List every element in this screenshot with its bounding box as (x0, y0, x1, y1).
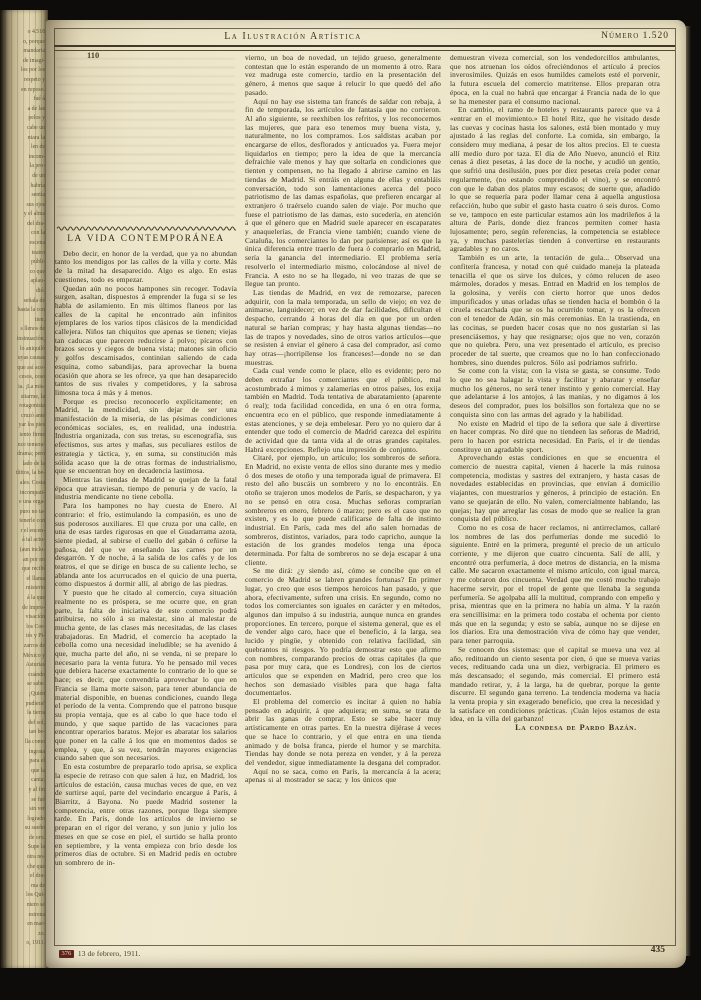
text-column-1: LA VIDA CONTEMPORÁNEA Debo decir, en hon… (55, 54, 237, 940)
wavy-divider (56, 224, 236, 232)
header-rule-thick (54, 45, 675, 47)
article-column-2-text: vierno, un boa de novedad, un tejido gru… (245, 54, 441, 785)
footer-issue-badge: 376 (59, 950, 74, 958)
page-right-edge (686, 26, 691, 956)
footer-date: 13 de febrero, 1911. (78, 949, 141, 958)
footer-page-number: 435 (651, 945, 665, 955)
facing-page-text-fragments: o 4.518o, porquemandariade imagi-los por… (3, 28, 45, 946)
ink-showthrough (57, 58, 235, 216)
article-column-3-text: demuestran viveza comercial, son los ven… (450, 54, 660, 724)
magazine-title: La Ilustración Artística (93, 31, 493, 42)
text-column-3: demuestran viveza comercial, son los ven… (450, 54, 660, 940)
header-rule-thin (54, 50, 675, 51)
text-column-2: vierno, un boa de novedad, un tejido gru… (245, 54, 441, 940)
article-column-1-text: Debo decir, en honor de la verdad, que y… (55, 250, 237, 868)
author-signature: La condesa de Pardo Bazán. (450, 724, 660, 733)
footer-left: 376 13 de febrero, 1911. (59, 949, 140, 958)
magazine-page: La Ilustración Artística Número 1.520 11… (46, 20, 686, 968)
article-title: LA VIDA CONTEMPORÁNEA (55, 235, 237, 244)
issue-number: Número 1.520 (601, 31, 669, 41)
facing-page-edge: o 4.518o, porquemandariade imagi-los por… (0, 10, 48, 968)
